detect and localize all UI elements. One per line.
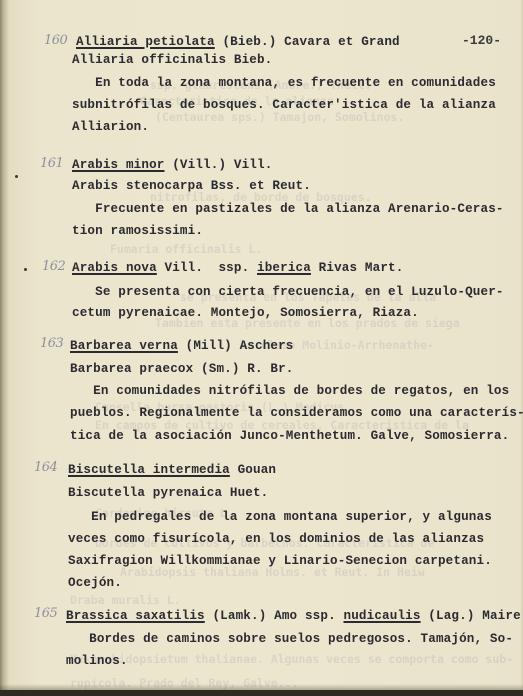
species-synonym: Arabis stenocarpa Bss. et Reut. bbox=[72, 178, 311, 194]
species-name: Barbarea verna bbox=[70, 339, 178, 353]
entry-text-line: tica de la asociación Junco-Menthetum. G… bbox=[70, 428, 509, 444]
species-synonym: Biscutella pyrenaica Huet. bbox=[68, 485, 268, 501]
entry-number: 161 bbox=[40, 156, 63, 171]
entry-number: 164 bbox=[34, 460, 57, 475]
species-heading: Barbarea verna (Mill) Aschers bbox=[70, 338, 294, 354]
species-heading: Arabis nova Vill. ssp. iberica Rivas Mar… bbox=[72, 260, 403, 276]
entry-text-line: pueblos. Regionalmente la consideramos c… bbox=[70, 405, 523, 421]
entry-number: 165 bbox=[34, 606, 57, 621]
entry-text-line: veces como fisurícola, en los dominios d… bbox=[68, 531, 484, 547]
entry-number: 162 bbox=[42, 259, 65, 274]
species-name: Alliaria petiolata bbox=[76, 35, 215, 49]
entry-number: 160 bbox=[44, 33, 67, 48]
species-author: (Lamk.) Amo ssp. bbox=[205, 609, 344, 623]
species-name: Biscutella intermedia bbox=[68, 463, 230, 477]
subspecies-author: Rivas Mart. bbox=[311, 261, 404, 275]
margin-mark bbox=[15, 175, 18, 178]
species-synonym: Barbarea praecox (Sm.) R. Br. bbox=[70, 361, 294, 377]
entry-number: 163 bbox=[40, 336, 63, 351]
species-author: Gouan bbox=[230, 463, 276, 477]
entry-text-line: Alliarion. bbox=[72, 119, 149, 135]
margin-mark bbox=[24, 268, 27, 271]
entry-text-line: Frecuente en pastizales de la alianza Ar… bbox=[72, 201, 504, 217]
species-synonym: Alliaria officinalis Bieb. bbox=[72, 52, 272, 68]
species-name: Arabis nova bbox=[72, 261, 157, 275]
document-page: ssp. glabrescens (Andre.) Thell. Caracte… bbox=[0, 0, 523, 690]
species-heading: Brassica saxatilis (Lamk.) Amo ssp. nudi… bbox=[66, 608, 521, 624]
entry-text-line: Bordes de caminos sobre suelos pedregoso… bbox=[66, 631, 513, 647]
bleed-through-text: rupicola. Prado del Rey, Galve... bbox=[70, 676, 298, 690]
entry-text-line: Se presenta con cierta frecuencia, en el… bbox=[72, 284, 504, 300]
entry-text-line: molinos. bbox=[66, 653, 128, 669]
entry-text-line: Saxifragion Willkommianae y Linario-Sene… bbox=[68, 553, 492, 569]
entry-text-line: En comunidades nitrófilas de bordes de r… bbox=[70, 383, 509, 399]
entry-text-line: tion ramosissimi. bbox=[72, 223, 203, 239]
subspecies-name: iberica bbox=[257, 261, 311, 275]
subspecies-author: (Lag.) Maire bbox=[421, 609, 521, 623]
entry-text-line: subnitrófilas de bosques. Caracter'istic… bbox=[72, 97, 496, 113]
bleed-through-text: Me-Arabidopsietum thalianae. Algunas vec… bbox=[70, 652, 513, 666]
species-name: Brassica saxatilis bbox=[66, 609, 205, 623]
page-bottom-edge bbox=[0, 690, 523, 696]
entry-text-line: En toda la zona montana, es frecuente en… bbox=[72, 75, 496, 91]
species-name: Arabis minor bbox=[72, 158, 165, 172]
bleed-through-text: Fumaria officinalis L. bbox=[110, 242, 262, 256]
page-number: -120- bbox=[462, 33, 501, 48]
species-author: (Bieb.) Cavara et Grand bbox=[215, 35, 400, 49]
bleed-through-text: Draba muralis L. bbox=[70, 593, 181, 607]
entry-text-line: Ocejón. bbox=[68, 575, 122, 591]
species-author: (Vill.) Vill. bbox=[165, 158, 273, 172]
subspecies-name: nudicaulis bbox=[344, 609, 421, 623]
entry-text-line: En pedregales de la zona montana superio… bbox=[68, 509, 492, 525]
species-heading: Arabis minor (Vill.) Vill. bbox=[72, 157, 272, 173]
species-author: (Mill) Aschers bbox=[178, 339, 294, 353]
species-author: Vill. ssp. bbox=[157, 261, 257, 275]
entry-text-line: cetum pyrenaicae. Montejo, Somosierra, R… bbox=[72, 305, 419, 321]
species-heading: Alliaria petiolata (Bieb.) Cavara et Gra… bbox=[76, 34, 400, 50]
species-heading: Biscutella intermedia Gouan bbox=[68, 462, 276, 478]
